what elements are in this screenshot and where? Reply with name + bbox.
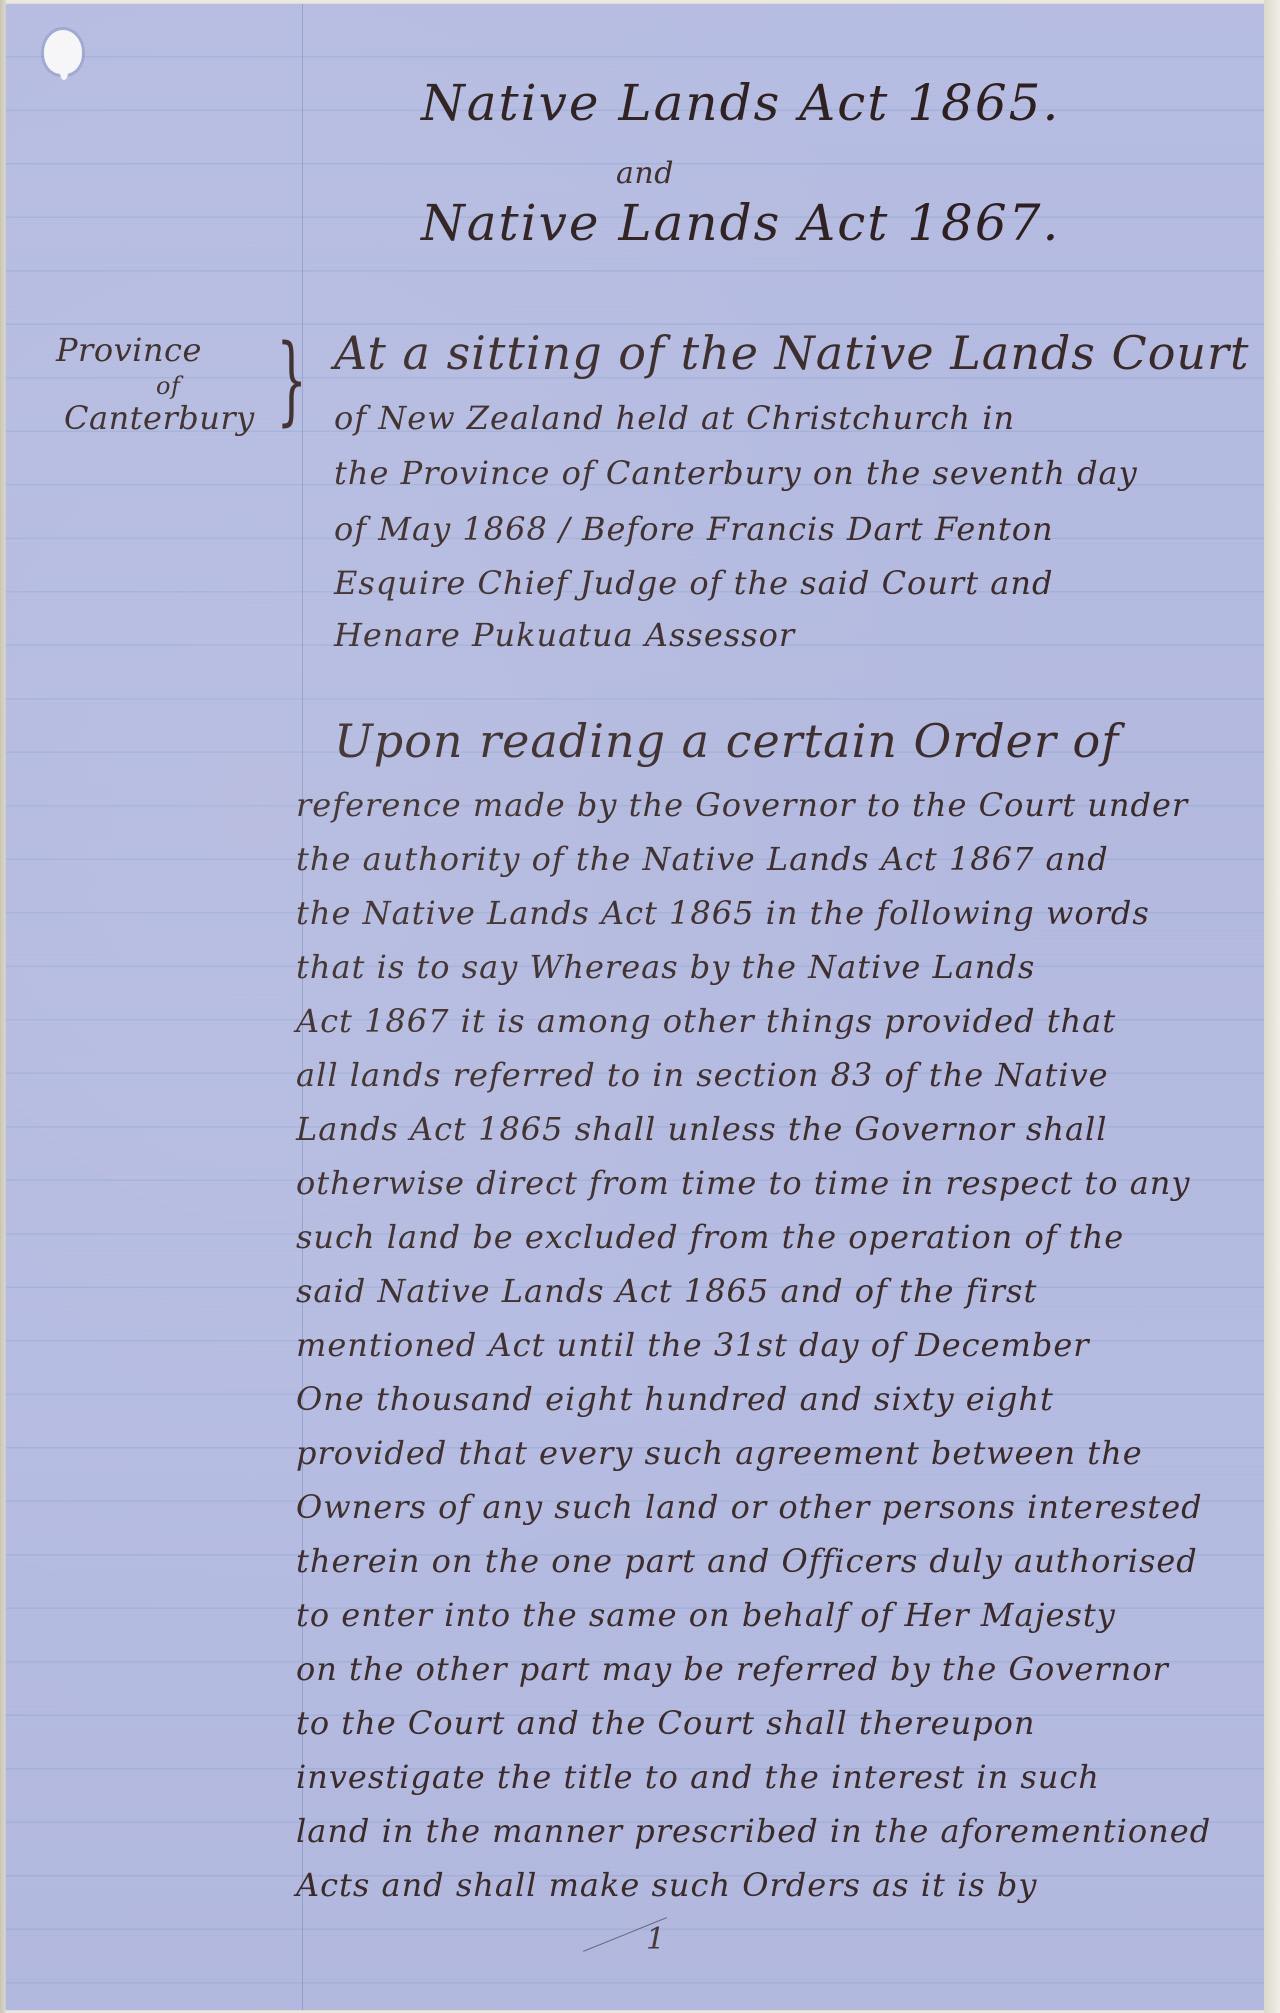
margin-note-of: of (156, 374, 180, 398)
body-line: on the other part may be referred by the… (296, 1650, 1169, 1688)
body-line: the authority of the Native Lands Act 18… (296, 840, 1109, 878)
body-line: that is to say Whereas by the Native Lan… (296, 948, 1035, 986)
body-line: Esquire Chief Judge of the said Court an… (334, 564, 1053, 602)
body-line: investigate the title to and the interes… (296, 1758, 1100, 1796)
body-line: Henare Pukuatua Assessor (334, 616, 795, 654)
manuscript-page: Native Lands Act 1865. and Native Lands … (6, 4, 1264, 2010)
body-line: Act 1867 it is among other things provid… (296, 1002, 1116, 1040)
body-line: otherwise direct from time to time in re… (296, 1164, 1190, 1202)
body-line: Lands Act 1865 shall unless the Governor… (296, 1110, 1107, 1148)
body-line: said Native Lands Act 1865 and of the fi… (296, 1272, 1037, 1310)
body-line: to the Court and the Court shall thereup… (296, 1704, 1036, 1742)
body-line: Acts and shall make such Orders as it is… (296, 1866, 1037, 1904)
scan-right-edge (1264, 0, 1280, 2013)
body-line: of May 1868 / Before Francis Dart Fenton (334, 510, 1054, 548)
body-line: such land be excluded from the operation… (296, 1218, 1124, 1256)
margin-note-canterbury: Canterbury (64, 402, 255, 434)
title-line-1: Native Lands Act 1865. (421, 74, 1060, 132)
title-connector: and (616, 156, 674, 191)
paper-hole (44, 30, 82, 74)
body-line: provided that every such agreement betwe… (296, 1434, 1143, 1472)
body-line: One thousand eight hundred and sixty eig… (296, 1380, 1054, 1418)
body-line: the Province of Canterbury on the sevent… (334, 454, 1138, 492)
margin-brace: } (276, 324, 307, 436)
body-line: land in the manner prescribed in the afo… (296, 1812, 1211, 1850)
body-line: of New Zealand held at Christchurch in (334, 399, 1015, 437)
body-line: all lands referred to in section 83 of t… (296, 1056, 1109, 1094)
page-number: 1 (646, 1922, 665, 1957)
body-line: mentioned Act until the 31st day of Dece… (296, 1326, 1090, 1364)
body-line-lead: Upon reading a certain Order of (334, 714, 1119, 768)
title-line-2: Native Lands Act 1867. (421, 194, 1060, 252)
body-line: Owners of any such land or other persons… (296, 1488, 1203, 1526)
body-line: to enter into the same on behalf of Her … (296, 1596, 1116, 1634)
body-line: therein on the one part and Officers dul… (296, 1542, 1198, 1580)
margin-note-province: Province (56, 334, 202, 366)
body-line: reference made by the Governor to the Co… (296, 786, 1188, 824)
body-line: At a sitting of the Native Lands Court (334, 326, 1250, 380)
body-line: the Native Lands Act 1865 in the followi… (296, 894, 1150, 932)
